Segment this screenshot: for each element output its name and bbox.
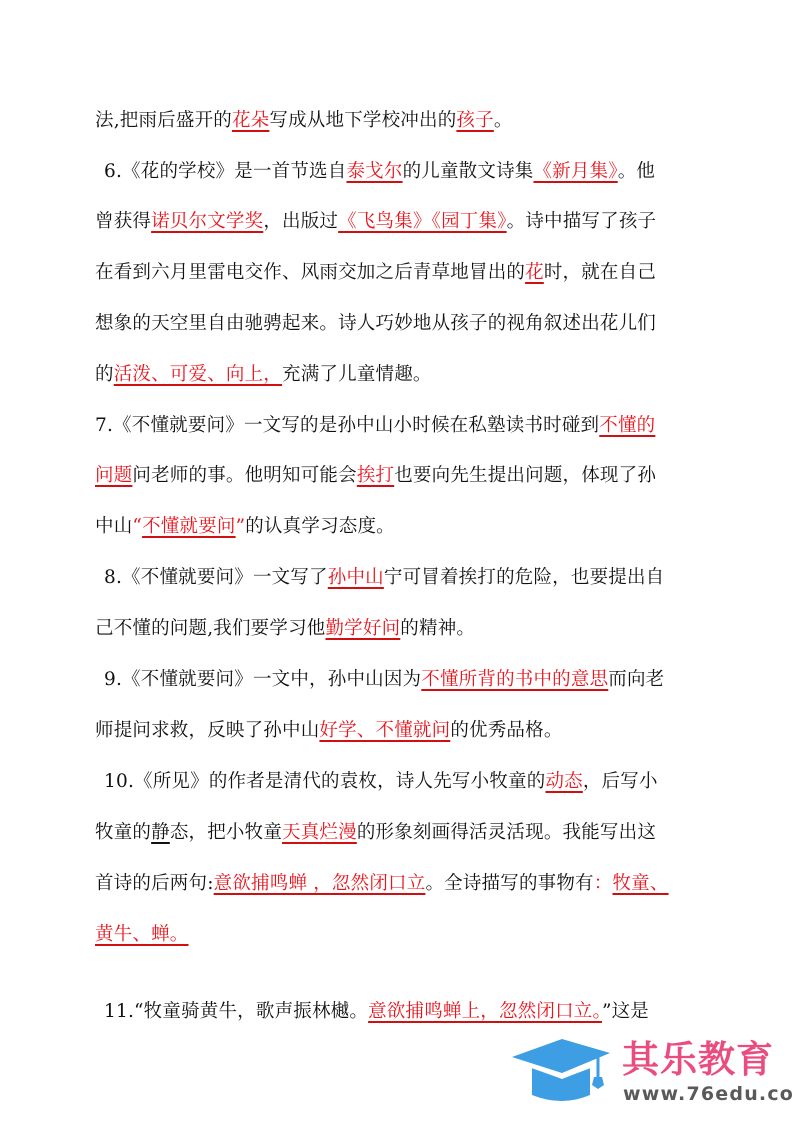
text-segment: ，后写小 bbox=[583, 771, 658, 792]
text-line: 己不懂的问题,我们要学习他勤学好问的精神。 bbox=[95, 614, 700, 644]
text-segment: 的形象刻画得活灵活现。我能写出这 bbox=[357, 822, 656, 843]
answer-highlight: 《飞鸟集》《园丁集》 bbox=[338, 211, 507, 232]
text-segment: ”这是 bbox=[602, 1001, 649, 1022]
text-segment: 时，就在自己 bbox=[544, 262, 656, 283]
text-line: 曾获得诺贝尔文学奖，出版过《飞鸟集》《园丁集》。诗中描写了孩子 bbox=[95, 207, 700, 237]
text-segment: 问老师的事。他明知可能会 bbox=[132, 465, 356, 486]
red-punctuation: “ bbox=[132, 516, 142, 537]
text-line: 中山“不懂就要问”的认真学习态度。 bbox=[95, 512, 700, 542]
answer-highlight: 黄牛、蝉。 bbox=[95, 924, 189, 945]
text-segment: 牧童的 bbox=[95, 822, 151, 843]
text-segment: 10.《所见》的作者是清代的袁枚，诗人先写小牧童的 bbox=[104, 771, 545, 792]
answer-highlight: 不懂所背的书中的意思 bbox=[421, 669, 608, 690]
answer-highlight: 好学、不懂就问 bbox=[319, 720, 450, 741]
brand-logo: 其乐教育 www.76edu.com bbox=[510, 1035, 793, 1115]
text-line: 法,把雨后盛开的花朵写成从地下学校冲出的孩子。 bbox=[95, 106, 700, 136]
answer-highlight: 诺贝尔文学奖 bbox=[151, 211, 263, 232]
text-line: 问题问老师的事。他明知可能会挨打也要向先生提出问题，体现了孙 bbox=[95, 461, 700, 491]
text-segment: 的认真学习态度。 bbox=[245, 516, 395, 537]
text-segment: 也要向先生提出问题，体现了孙 bbox=[394, 465, 656, 486]
text-segment: 曾获得 bbox=[95, 211, 151, 232]
text-segment: 师提问求救，反映了孙中山 bbox=[95, 720, 319, 741]
text-line: 6.《花的学校》是一首节选自泰戈尔的儿童散文诗集《新月集》。他 bbox=[104, 157, 709, 187]
text-segment: 己不懂的问题,我们要学习他 bbox=[95, 618, 325, 639]
text-line: 想象的天空里自由驰骋起来。诗人巧妙地从孩子的视角叙述出花儿们 bbox=[95, 309, 700, 339]
text-segment: 7.《不懂就要问》一文写的是孙中山小时候在私塾读书时碰到 bbox=[95, 415, 599, 436]
text-segment: 想象的天空里自由驰骋起来。诗人巧妙地从孩子的视角叙述出花儿们 bbox=[95, 313, 656, 334]
answer-highlight: 意欲捕鸣蝉上，忽然闭口立。 bbox=[368, 1001, 602, 1022]
text-segment: 的 bbox=[95, 364, 114, 385]
text-segment: 在看到六月里雷电交作、风雨交加之后青草地冒出的 bbox=[95, 262, 525, 283]
underlined-text: 静 bbox=[151, 822, 170, 843]
text-segment: 首诗的后两句: bbox=[95, 873, 214, 894]
text-segment: 宁可冒着挨打的危险，也要提出自 bbox=[384, 567, 665, 588]
answer-highlight: 《新月集》 bbox=[533, 161, 617, 182]
answer-highlight: 牧童、 bbox=[612, 873, 668, 894]
text-line: 11.“牧童骑黄牛，歌声振林樾。意欲捕鸣蝉上，忽然闭口立。”这是 bbox=[104, 997, 709, 1027]
text-line: 师提问求救，反映了孙中山好学、不懂就问的优秀品格。 bbox=[95, 716, 700, 746]
answer-highlight: 天真烂漫 bbox=[282, 822, 357, 843]
answer-highlight: 孙中山 bbox=[328, 567, 384, 588]
text-line: 在看到六月里雷电交作、风雨交加之后青草地冒出的花时，就在自己 bbox=[95, 258, 700, 288]
graduation-cap-icon bbox=[510, 1035, 615, 1105]
text-segment: 写成从地下学校冲出的 bbox=[269, 110, 456, 131]
text-segment: 的优秀品格。 bbox=[450, 720, 562, 741]
text-segment: 的精神。 bbox=[400, 618, 475, 639]
text-line: 10.《所见》的作者是清代的袁枚，诗人先写小牧童的动态，后写小 bbox=[104, 767, 709, 797]
text-line: 8.《不懂就要问》一文写了孙中山宁可冒着挨打的危险，也要提出自 bbox=[104, 563, 709, 593]
text-segment: 11.“牧童骑黄牛，歌声振林樾。 bbox=[104, 1001, 368, 1022]
red-punctuation: ： bbox=[594, 873, 613, 894]
text-segment: 6.《花的学校》是一首节选自 bbox=[104, 161, 346, 182]
answer-highlight: 泰戈尔 bbox=[346, 161, 402, 182]
text-line: 9.《不懂就要问》一文中，孙中山因为不懂所背的书中的意思而向老 bbox=[104, 665, 709, 695]
text-segment: 而向老 bbox=[608, 669, 664, 690]
answer-highlight: 活泼、可爱、向上， bbox=[114, 364, 282, 385]
text-line: 黄牛、蝉。 bbox=[95, 920, 700, 950]
text-segment: 充满了儿童情趣。 bbox=[282, 364, 432, 385]
text-segment: 中山 bbox=[95, 516, 132, 537]
text-segment: 8.《不懂就要问》一文写了 bbox=[104, 567, 328, 588]
answer-highlight: 勤学好问 bbox=[325, 618, 400, 639]
text-line: 7.《不懂就要问》一文写的是孙中山小时候在私塾读书时碰到不懂的 bbox=[95, 411, 700, 441]
text-segment: 。 bbox=[494, 110, 513, 131]
text-segment: 。诗中描写了孩子 bbox=[507, 211, 657, 232]
answer-highlight: 问题 bbox=[95, 465, 132, 486]
text-segment: 法,把雨后盛开的 bbox=[95, 110, 232, 131]
text-line: 首诗的后两句:意欲捕鸣蝉 ，忽然闭口立。全诗描写的事物有：牧童、 bbox=[95, 869, 700, 899]
document-page: 法,把雨后盛开的花朵写成从地下学校冲出的孩子。6.《花的学校》是一首节选自泰戈尔… bbox=[0, 0, 793, 1122]
answer-highlight: 花朵 bbox=[232, 110, 269, 131]
text-segment: 。他 bbox=[618, 161, 655, 182]
answer-highlight: 孩子 bbox=[456, 110, 493, 131]
answer-highlight: 动态 bbox=[545, 771, 582, 792]
text-line: 的活泼、可爱、向上，充满了儿童情趣。 bbox=[95, 360, 700, 390]
answer-highlight: 花 bbox=[525, 262, 544, 283]
answer-highlight: 挨打 bbox=[357, 465, 394, 486]
text-line: 牧童的静态，把小牧童天真烂漫的形象刻画得活灵活现。我能写出这 bbox=[95, 818, 700, 848]
brand-url: www.76edu.com bbox=[623, 1083, 793, 1105]
text-segment: 9.《不懂就要问》一文中，孙中山因为 bbox=[104, 669, 421, 690]
answer-highlight: 意欲捕鸣蝉 ，忽然闭口立 bbox=[214, 873, 426, 894]
text-segment: 态，把小牧童 bbox=[170, 822, 282, 843]
answer-highlight: 不懂就要问 bbox=[142, 516, 236, 537]
answer-highlight: 不懂的 bbox=[599, 415, 655, 436]
red-punctuation: ” bbox=[236, 516, 246, 537]
text-segment: 的儿童散文诗集 bbox=[403, 161, 534, 182]
brand-name: 其乐教育 bbox=[622, 1039, 774, 1081]
text-segment: 。全诗描写的事物有 bbox=[425, 873, 593, 894]
text-segment: ，出版过 bbox=[263, 211, 338, 232]
